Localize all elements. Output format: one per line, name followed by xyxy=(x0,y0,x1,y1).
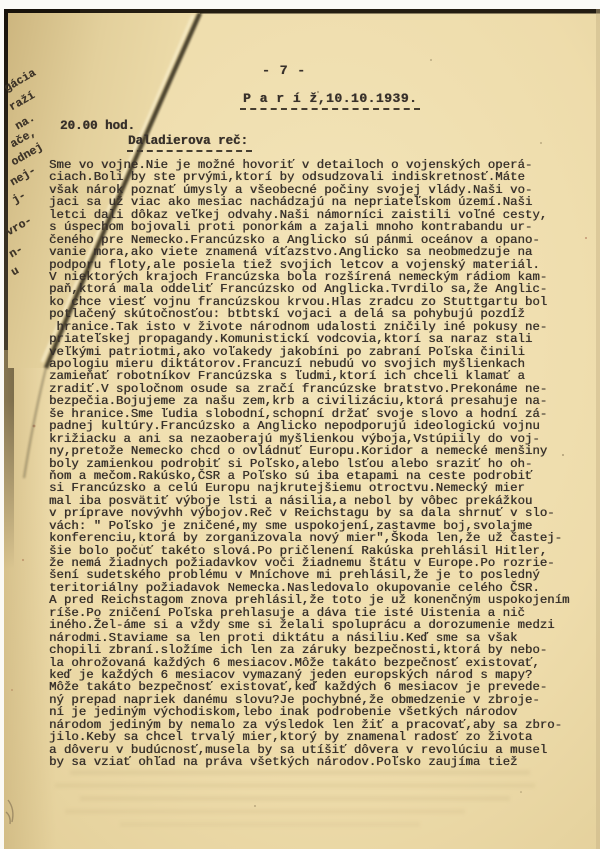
body-line: ciach.Boli by ste prvými,ktorí by odsudz… xyxy=(49,171,570,183)
body-line: padnej kultúry.Francúzsko a Anglicko nep… xyxy=(49,420,570,432)
body-line: by sa vziať ohľad na práva všetkých náro… xyxy=(49,756,570,768)
body-line: iného.Žel-áme si a vždy sme si želali sp… xyxy=(49,619,570,631)
body-line: chopili zbraní.složíme ich len za záruky… xyxy=(49,644,570,656)
body-line: konferenciu,ktorá by zorganizovala nový … xyxy=(49,532,570,544)
body-line: A pred Reichstagom znova prehlásil,že to… xyxy=(49,594,570,606)
scanned-document: gáciaražína.ače,odnejnej-j-vro-n-u - 7 -… xyxy=(0,0,600,849)
body-line: šení sudetského problému v Mníchove mi p… xyxy=(49,569,570,581)
speech-body: Sme vo vojne.Nie je možné hovoriť v deta… xyxy=(49,159,570,768)
body-line: jaci sa už viac ako mesiac nachádzajú na… xyxy=(49,196,570,208)
body-line: priateľskej propagandy.Komunistickí vodc… xyxy=(49,333,570,345)
body-line: potlačený skútočnosťou: btbtskí vojaci a… xyxy=(49,308,570,320)
body-line: ní je jediným východiskom,lebo inak podr… xyxy=(49,706,570,718)
timestamp: 20.00 hod. xyxy=(60,119,135,133)
body-line: Môže takáto bezpečnosť existovať,keď kaž… xyxy=(49,681,570,693)
body-line: ny,pretože Nemecko chcd o ovládnuť Europ… xyxy=(49,445,570,457)
body-line: paň,ktorá mala oddeliť Francúzsko od Ang… xyxy=(49,283,570,295)
dateline: P a r í ž,10.10.1939. xyxy=(240,91,420,110)
body-line: jilo.Keby sa chcel trvalý mier,ktorý by … xyxy=(49,731,570,743)
body-line: zamieňať robotníkov Francúzska s ľudmi,k… xyxy=(49,370,570,382)
body-line: si Francúzsko a celú Europu najkrutejšie… xyxy=(49,482,570,494)
body-line: bezpečia.Bojujeme za našu zem,krb a civi… xyxy=(49,395,570,407)
body-line: v príprave novývhh výbojov.Reč v Reichst… xyxy=(49,507,570,519)
speech-heading: Daladierova reč: xyxy=(127,134,252,152)
body-line: vanie mora,ako viete znamená víťazstvo.A… xyxy=(49,246,570,258)
page-number: - 7 - xyxy=(262,63,306,78)
body-line: s úspechom bojovali proti ponorkám a zaj… xyxy=(49,221,570,233)
